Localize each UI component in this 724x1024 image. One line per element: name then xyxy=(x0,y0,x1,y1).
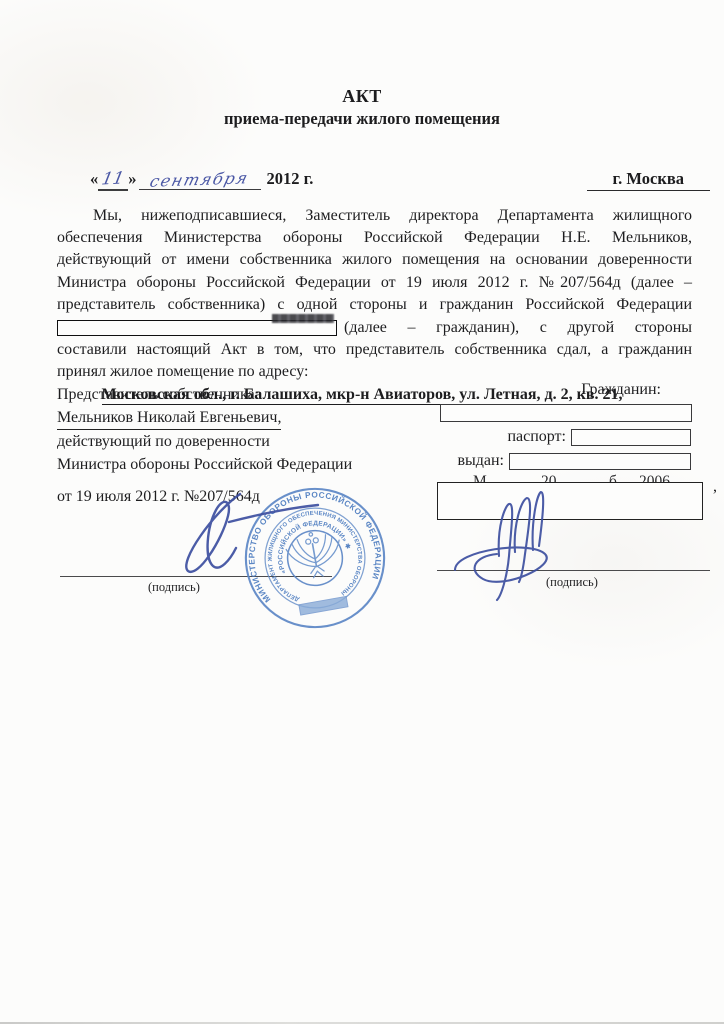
redaction-box-citizen-name xyxy=(57,320,337,336)
body-line: действующий от имени собственника жилого… xyxy=(57,249,692,271)
text-fragment: б xyxy=(609,473,617,482)
quote-open: « xyxy=(90,169,98,188)
quote-close: » xyxy=(128,169,136,188)
scanned-document-page: АКТ приема-передачи жилого помещения «11… xyxy=(0,0,724,1024)
citizen-handwritten-signature xyxy=(443,484,578,609)
text-fragment: М xyxy=(473,473,487,482)
owner-line3: Министра обороны Российской Федерации xyxy=(57,453,425,476)
document-title-block: АКТ приема-передачи жилого помещения xyxy=(0,0,724,131)
text-fragment: 20 xyxy=(541,473,557,482)
date-and-city-row: «11»сентября2012 г. г. Москва xyxy=(90,161,710,191)
partially-covered-text: М 20 б 2006 xyxy=(437,473,711,482)
day-underline: 11 xyxy=(98,169,128,191)
owner-name: Мельников Николай Евгеньевич, xyxy=(57,406,281,430)
citizen-heading: Гражданин: xyxy=(437,381,711,399)
issued-row: выдан: xyxy=(437,452,711,470)
body-paragraph: Мы, нижеподписавшиеся, Заместитель дирек… xyxy=(57,205,692,384)
city-label: г. Москва xyxy=(587,169,710,191)
body-line: представитель собственника) с одной стор… xyxy=(57,294,692,316)
handwritten-month: сентября xyxy=(148,168,251,190)
issued-label: выдан: xyxy=(457,452,504,470)
redaction-box-citizen-fullname xyxy=(440,404,692,422)
month-underline: сентября xyxy=(139,169,261,190)
body-line: составили настоящий Акт в том, что предс… xyxy=(57,339,692,361)
trailing-comma: , xyxy=(713,478,717,496)
owner-heading: Представитель собственника: xyxy=(57,383,425,406)
owner-handwritten-signature xyxy=(128,482,328,587)
redacted-name-line: (далее – гражданин), с другой стороны xyxy=(57,317,692,339)
owner-line2: действующий по доверенности xyxy=(57,430,425,453)
body-line: обеспечения Министерства обороны Российс… xyxy=(57,227,692,249)
year-label: 2012 г. xyxy=(267,169,314,188)
stamp-serial-box xyxy=(299,596,348,615)
body-line: Мы, нижеподписавшиеся, Заместитель дирек… xyxy=(57,205,692,227)
redaction-smudge xyxy=(272,314,334,323)
body-line: Министра обороны Российской Федерации от… xyxy=(57,272,692,294)
date-line: «11»сентября2012 г. xyxy=(90,169,313,191)
body-line: (далее – гражданин), с другой стороны xyxy=(344,317,692,339)
passport-row: паспорт: xyxy=(437,428,711,446)
passport-label: паспорт: xyxy=(507,428,566,446)
redaction-box-passport-issuer xyxy=(509,453,691,470)
text-fragment: 2006 xyxy=(639,473,670,482)
document-title: АКТ xyxy=(0,84,724,108)
redaction-box-passport-number xyxy=(571,429,691,446)
document-subtitle: приема-передачи жилого помещения xyxy=(0,108,724,130)
handwritten-day: 11 xyxy=(100,168,126,189)
